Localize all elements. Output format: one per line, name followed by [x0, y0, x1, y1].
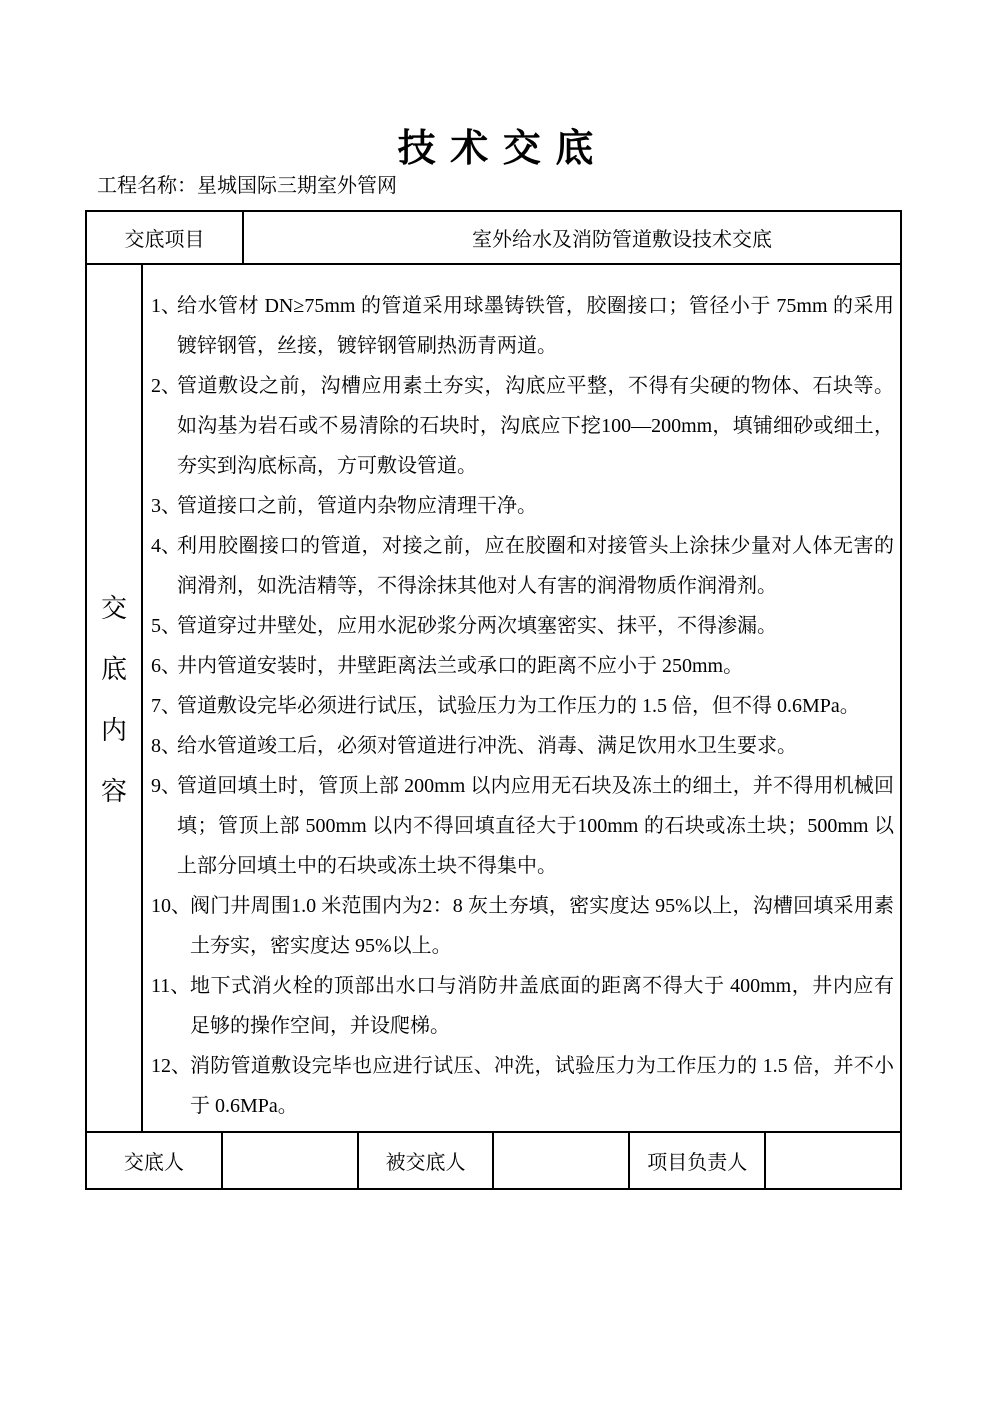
- item-number: 8、: [151, 726, 181, 766]
- briefer-label-cell: 交底人: [87, 1133, 221, 1188]
- content-item: 2、管道敷设之前，沟槽应用素土夯实，沟底应平整，不得有尖硬的物体、石块等。如沟基…: [151, 366, 894, 486]
- item-text: 管道接口之前，管道内杂物应清理干净。: [177, 495, 537, 517]
- briefer-label: 交底人: [124, 1146, 184, 1175]
- content-item: 1、给水管材 DN≥75mm 的管道采用球墨铸铁管，胶圈接口；管径小于 75mm…: [151, 286, 894, 366]
- item-text: 利用胶圈接口的管道，对接之前，应在胶圈和对接管头上涂抹少量对人体无害的润滑剂，如…: [177, 535, 894, 597]
- content-item: 9、管道回填土时，管顶上部 200mm 以内应用无石块及冻土的细土，并不得用机械…: [151, 766, 894, 886]
- item-text: 给水管道竣工后，必须对管道进行冲洗、消毒、满足饮用水卫生要求。: [177, 735, 797, 757]
- content-item: 3、管道接口之前，管道内杂物应清理干净。: [151, 486, 894, 526]
- item-text: 管道敷设完毕必须进行试压，试验压力为工作压力的 1.5 倍，但不得 0.6MPa…: [177, 695, 860, 717]
- document-page: { "doc": { "title": "技 术 交 底", "project_…: [0, 0, 993, 1404]
- content-item: 10、阀门井周围1.0 米范围内为2：8 灰土夯填，密实度达 95%以上，沟槽回…: [151, 886, 894, 966]
- project-name-line: 工程名称：星城国际三期室外管网: [97, 174, 397, 198]
- technical-disclosure-table: 交底项目 室外给水及消防管道敷设技术交底 交 底 内 容 1、给水管材 DN≥7…: [85, 210, 902, 1190]
- content-item: 4、利用胶圈接口的管道，对接之前，应在胶圈和对接管头上涂抹少量对人体无害的润滑剂…: [151, 526, 894, 606]
- item-number: 11、: [151, 966, 190, 1006]
- item-number: 7、: [151, 686, 181, 726]
- content-item: 12、消防管道敷设完毕也应进行试压、冲洗，试验压力为工作压力的 1.5 倍，并不…: [151, 1046, 894, 1126]
- briefed-label-cell: 被交底人: [357, 1133, 493, 1188]
- item-number: 3、: [151, 486, 181, 526]
- item-number: 9、: [151, 766, 181, 806]
- content-item: 6、井内管道安装时，井壁距离法兰或承口的距离不应小于 250mm。: [151, 646, 894, 686]
- disclosure-item-label-cell: 交底项目: [87, 212, 242, 263]
- disclosure-content-label-cell: 交 底 内 容: [87, 265, 141, 1131]
- item-text: 井内管道安装时，井壁距离法兰或承口的距离不应小于 250mm。: [177, 655, 743, 677]
- project-manager-label-cell: 项目负责人: [628, 1133, 764, 1188]
- item-text: 阀门井周围1.0 米范围内为2：8 灰土夯填，密实度达 95%以上，沟槽回填采用…: [190, 895, 894, 957]
- project-name-label: 工程名称：: [97, 175, 197, 197]
- disclosure-item-title-cell: 室外给水及消防管道敷设技术交底: [242, 212, 900, 263]
- item-number: 6、: [151, 646, 181, 686]
- content-item: 7、管道敷设完毕必须进行试压，试验压力为工作压力的 1.5 倍，但不得 0.6M…: [151, 686, 894, 726]
- item-number: 4、: [151, 526, 181, 566]
- vertical-label-char: 内: [101, 710, 127, 747]
- briefed-label: 被交底人: [386, 1146, 466, 1175]
- project-manager-signature-cell: [764, 1133, 900, 1188]
- disclosure-content-cell: 1、给水管材 DN≥75mm 的管道采用球墨铸铁管，胶圈接口；管径小于 75mm…: [141, 265, 900, 1131]
- vertical-label-char: 容: [101, 771, 127, 808]
- content-item: 11、地下式消火栓的顶部出水口与消防井盖底面的距离不得大于 400mm，井内应有…: [151, 966, 894, 1046]
- briefed-signature-cell: [492, 1133, 628, 1188]
- vertical-label-char: 底: [101, 649, 127, 686]
- briefer-signature-cell: [221, 1133, 357, 1188]
- item-number: 1、: [151, 286, 181, 326]
- project-manager-label: 项目负责人: [647, 1146, 747, 1175]
- disclosure-item-title: 室外给水及消防管道敷设技术交底: [472, 223, 772, 252]
- item-number: 12、: [151, 1046, 191, 1086]
- item-text: 地下式消火栓的顶部出水口与消防井盖底面的距离不得大于 400mm，井内应有足够的…: [190, 975, 894, 1037]
- item-number: 2、: [151, 366, 181, 406]
- item-text: 管道穿过井壁处，应用水泥砂浆分两次填塞密实、抹平，不得渗漏。: [177, 615, 777, 637]
- document-title: 技 术 交 底: [0, 117, 993, 172]
- item-text: 管道回填土时，管顶上部 200mm 以内应用无石块及冻土的细土，并不得用机械回填…: [177, 775, 894, 877]
- item-number: 10、: [151, 886, 191, 926]
- item-text: 管道敷设之前，沟槽应用素土夯实，沟底应平整，不得有尖硬的物体、石块等。如沟基为岩…: [177, 375, 894, 477]
- project-name-value: 星城国际三期室外管网: [197, 175, 397, 197]
- item-text: 给水管材 DN≥75mm 的管道采用球墨铸铁管，胶圈接口；管径小于 75mm 的…: [177, 295, 894, 357]
- table-content-row: 交 底 内 容 1、给水管材 DN≥75mm 的管道采用球墨铸铁管，胶圈接口；管…: [87, 263, 900, 1131]
- vertical-label-char: 交: [101, 588, 127, 625]
- content-item: 5、管道穿过井壁处，应用水泥砂浆分两次填塞密实、抹平，不得渗漏。: [151, 606, 894, 646]
- item-number: 5、: [151, 606, 181, 646]
- table-footer-row: 交底人 被交底人 项目负责人: [87, 1131, 900, 1188]
- content-item: 8、给水管道竣工后，必须对管道进行冲洗、消毒、满足饮用水卫生要求。: [151, 726, 894, 766]
- item-text: 消防管道敷设完毕也应进行试压、冲洗，试验压力为工作压力的 1.5 倍，并不小于 …: [190, 1055, 894, 1117]
- disclosure-item-label: 交底项目: [125, 223, 205, 252]
- table-header-row: 交底项目 室外给水及消防管道敷设技术交底: [87, 212, 900, 263]
